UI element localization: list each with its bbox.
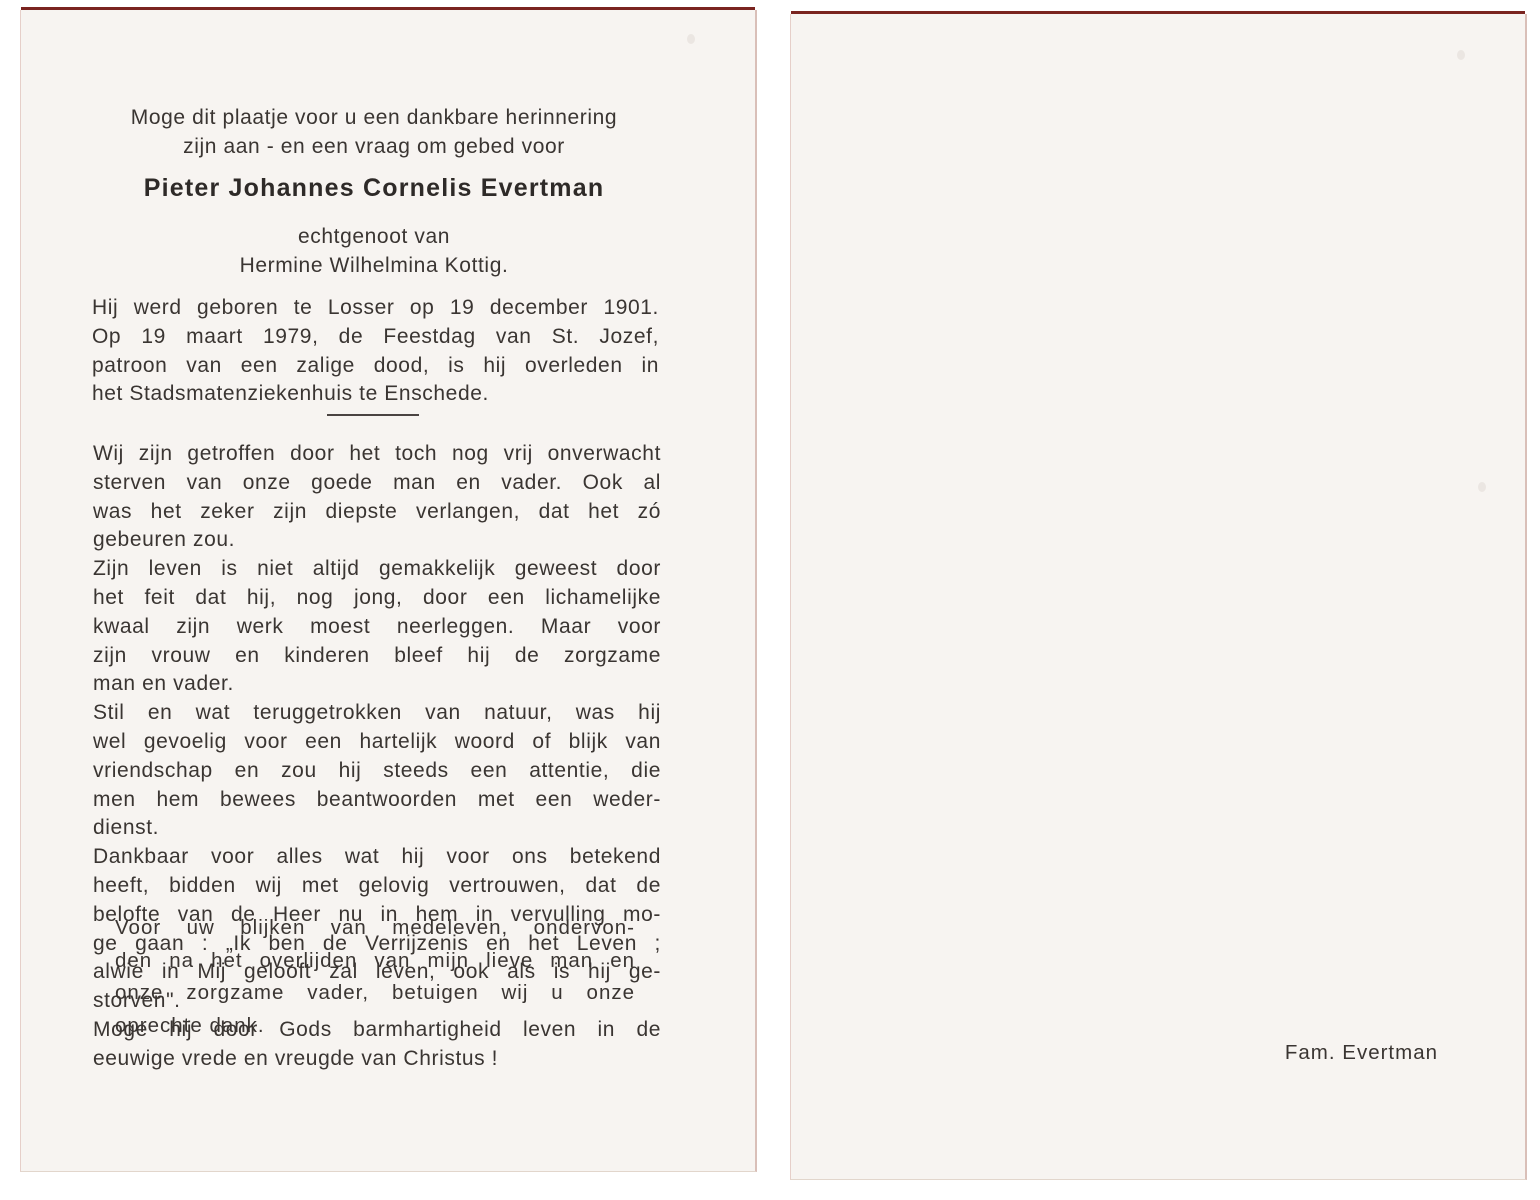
intro-line: Moge dit plaatje voor u een dankbare her…	[90, 103, 658, 132]
paragraph-line: vriendschap en zou hij steeds een attent…	[93, 757, 661, 786]
bio-line: Hij werd geboren te Losser op 19 decembe…	[92, 294, 659, 323]
paragraph-line: Stil en wat teruggetrokken van natuur, w…	[93, 699, 661, 728]
punch-hole-mark	[687, 34, 695, 44]
bio-line: patroon van een zalige dood, is hij over…	[92, 352, 659, 381]
paragraph-line: Wij zijn getroffen door het toch nog vri…	[93, 440, 661, 469]
thanks-line: Voor uw blijken van medeleven, ondervon-	[115, 912, 635, 945]
paragraph-line: dienst.	[93, 814, 661, 843]
intro-line: zijn aan - en een vraag om gebed voor	[90, 132, 658, 161]
paragraph-line: man en vader.	[93, 670, 661, 699]
divider-rule	[327, 414, 419, 416]
paragraph-line: sterven van onze goede man en vader. Ook…	[93, 469, 661, 498]
paragraph: Wij zijn getroffen door het toch nog vri…	[93, 440, 661, 555]
punch-hole-mark	[1478, 482, 1486, 492]
paragraph-line: gebeuren zou.	[93, 526, 661, 555]
thanks-line: den na het overlijden van mijn lieve man…	[115, 945, 635, 978]
punch-hole-mark	[1457, 50, 1465, 60]
paragraph-line: zijn vrouw en kinderen bleef hij de zorg…	[93, 642, 661, 671]
spouse-text: echtgenoot van Hermine Wilhelmina Kottig…	[90, 223, 658, 281]
thanks-text: Voor uw blijken van medeleven, ondervon-…	[115, 912, 635, 1042]
deceased-name: Pieter Johannes Cornelis Evertman	[90, 174, 658, 203]
paragraph-line: heeft, bidden wij met gelovig vertrouwen…	[93, 872, 661, 901]
intro-text: Moge dit plaatje voor u een dankbare her…	[90, 103, 658, 161]
paragraph-line: eeuwige vrede en vreugde van Christus !	[93, 1045, 661, 1074]
paragraph-line: Zijn leven is niet altijd gemakkelijk ge…	[93, 555, 661, 584]
paragraph-line: was het zeker zijn diepste verlangen, da…	[93, 498, 661, 527]
bio-line: het Stadsmatenziekenhuis te Enschede.	[92, 380, 659, 409]
paragraph: Stil en wat teruggetrokken van natuur, w…	[93, 699, 661, 843]
thanks-line: oprechte dank.	[115, 1010, 635, 1043]
thanks-line: onze zorgzame vader, betuigen wij u onze	[115, 977, 635, 1010]
paragraph-line: Dankbaar voor alles wat hij voor ons bet…	[93, 843, 661, 872]
paragraph-line: wel gevoelig voor een hartelijk woord of…	[93, 728, 661, 757]
biography: Hij werd geboren te Losser op 19 decembe…	[92, 294, 659, 409]
spouse-line: Hermine Wilhelmina Kottig.	[90, 252, 658, 281]
bio-line: Op 19 maart 1979, de Feestdag van St. Jo…	[92, 323, 659, 352]
paragraph-line: men hem bewees beantwoorden met een wede…	[93, 786, 661, 815]
paragraph: Zijn leven is niet altijd gemakkelijk ge…	[93, 555, 661, 699]
paragraph-line: het feit dat hij, nog jong, door een lic…	[93, 584, 661, 613]
spouse-line: echtgenoot van	[90, 223, 658, 252]
memorial-card-back	[790, 14, 1527, 1180]
paragraph-line: kwaal zijn werk moest neerleggen. Maar v…	[93, 613, 661, 642]
signature: Fam. Evertman	[1285, 1041, 1438, 1065]
